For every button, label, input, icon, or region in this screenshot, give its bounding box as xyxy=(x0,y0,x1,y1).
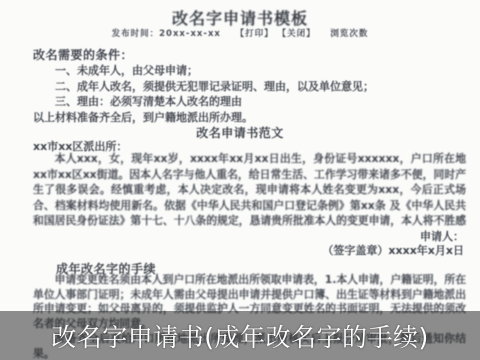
conditions-note: 以上材料准备齐全后，到户籍地派出所办理。 xyxy=(33,109,420,125)
conditions-list: 一、未成年人，由父母申请；二、成年人改名，须提供无犯罪记录证明、理由，以及单位意… xyxy=(55,63,470,110)
caption-overlay-band: 改名字申请书(成年改名字的手续) xyxy=(0,311,480,360)
article-meta-line: 发布时间：20xx-xx-xx 【打印】 【关闭】 浏览次数 xyxy=(0,27,480,39)
document-body: 改名字申请书模板 发布时间：20xx-xx-xx 【打印】 【关闭】 浏览次数 … xyxy=(0,0,480,360)
list-item: 二、成年人改名，须提供无犯罪记录证明、理由，以及单位意见； xyxy=(55,79,470,95)
sample-body-paragraph: 本人xxx，女，现年xx岁，xxxx年xx月xx日出生，身份证号xxxxxx，户… xyxy=(33,151,466,229)
caption-title: 改名字申请书(成年改名字的手续) xyxy=(0,311,480,360)
article-page: 改名字申请书模板 发布时间：20xx-xx-xx 【打印】 【关闭】 浏览次数 … xyxy=(0,0,480,360)
list-item: 三、理由：必须写清楚本人改名的理由 xyxy=(55,94,470,110)
list-item: 一、未成年人，由父母申请； xyxy=(55,63,470,79)
conditions-heading: 改名需要的条件： xyxy=(33,46,133,63)
document-title: 改名字申请书模板 xyxy=(0,6,480,29)
signature-date-line: （签字盖章）xxxx年x月x日 xyxy=(322,242,464,258)
